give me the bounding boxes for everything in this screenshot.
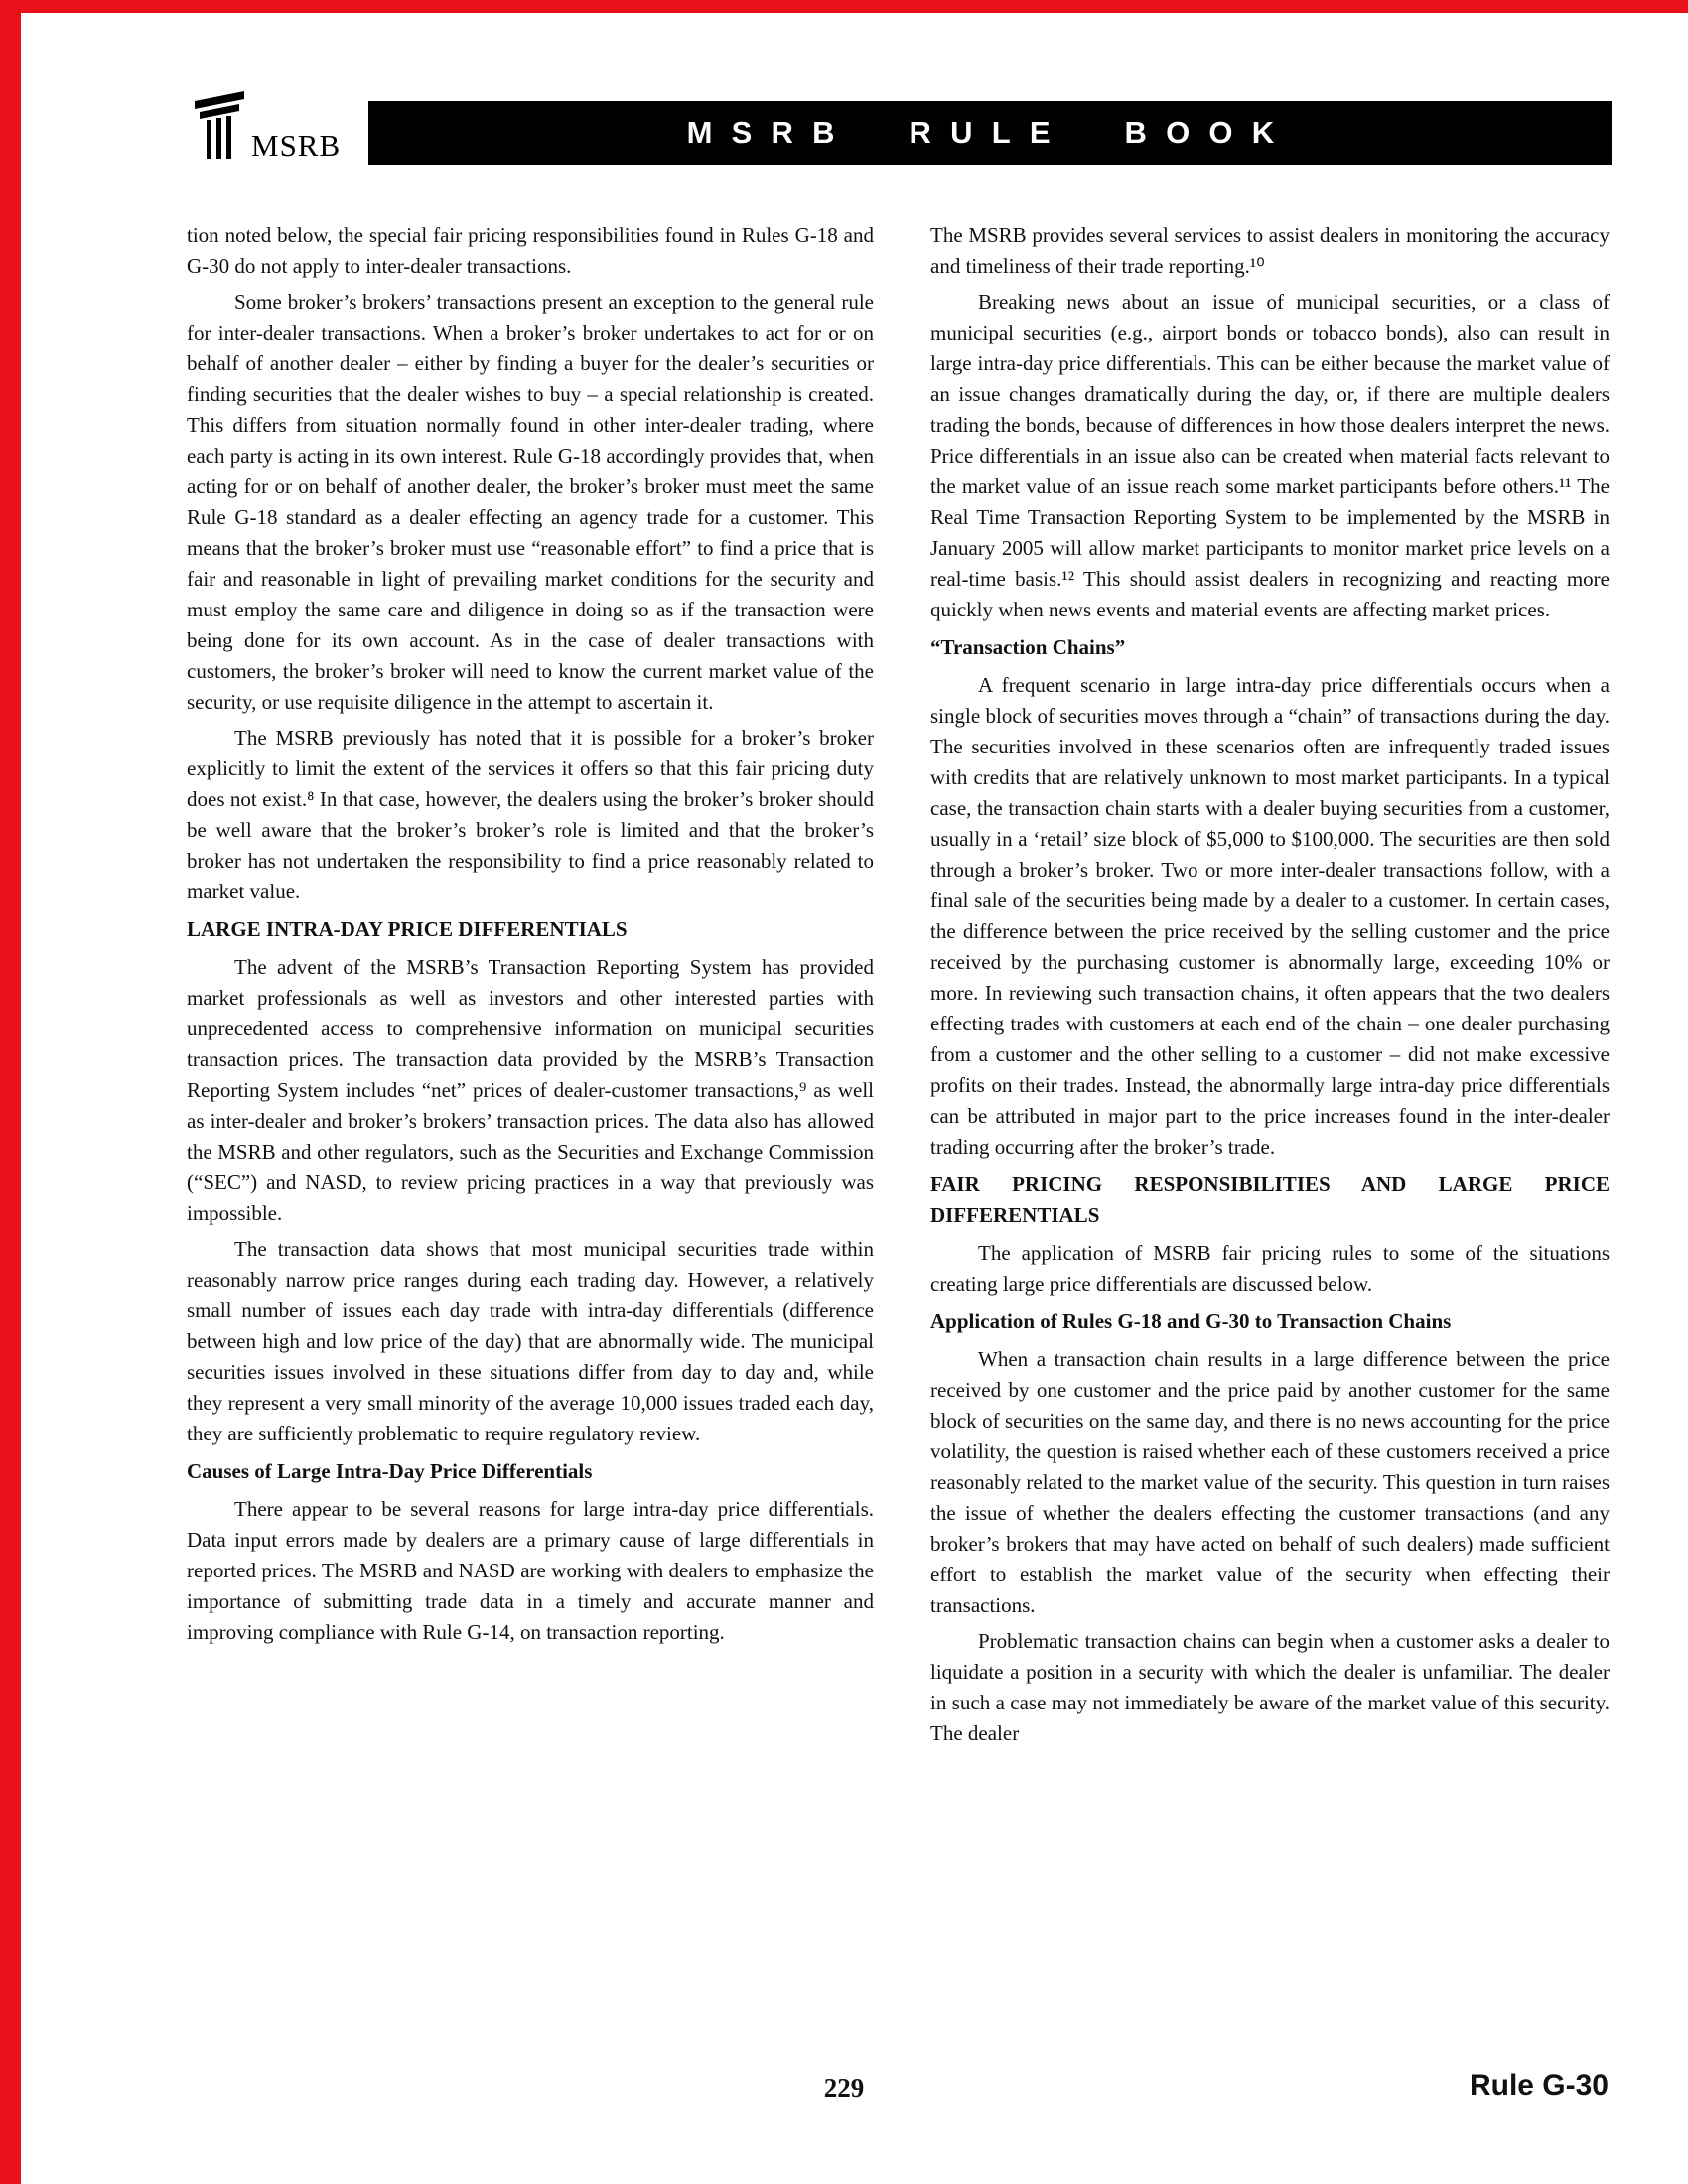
section-heading: FAIR PRICING RESPONSIBILITIES AND LARGE … <box>930 1169 1610 1231</box>
section-heading: Application of Rules G-18 and G-30 to Tr… <box>930 1306 1610 1337</box>
left-column: tion noted below, the special fair prici… <box>187 220 874 1653</box>
left-red-border <box>0 0 21 2184</box>
rulebook-page: MSRB MSRB RULE BOOK tion noted below, th… <box>0 0 1688 2184</box>
rule-label: Rule G-30 <box>1470 2069 1609 2103</box>
body-paragraph: There appear to be several reasons for l… <box>187 1494 874 1648</box>
body-paragraph: The application of MSRB fair pricing rul… <box>930 1238 1610 1299</box>
body-paragraph: Problematic transaction chains can begin… <box>930 1626 1610 1749</box>
body-paragraph: When a transaction chain results in a la… <box>930 1344 1610 1621</box>
body-paragraph: The advent of the MSRB’s Transaction Rep… <box>187 952 874 1229</box>
msrb-logo: MSRB <box>195 89 341 161</box>
body-paragraph: The MSRB provides several services to as… <box>930 220 1610 282</box>
column-icon <box>195 89 246 161</box>
body-paragraph: Breaking news about an issue of municipa… <box>930 287 1610 625</box>
section-heading: Causes of Large Intra-Day Price Differen… <box>187 1456 874 1487</box>
page-number: 229 <box>0 2073 1688 2104</box>
right-column: The MSRB provides several services to as… <box>930 220 1610 1754</box>
body-paragraph: tion noted below, the special fair prici… <box>187 220 874 282</box>
top-red-border <box>0 0 1688 13</box>
body-paragraph: The MSRB previously has noted that it is… <box>187 723 874 907</box>
logo-text: MSRB <box>251 130 341 161</box>
body-paragraph: Some broker’s brokers’ transactions pres… <box>187 287 874 718</box>
banner-title: MSRB RULE BOOK <box>687 115 1294 151</box>
body-paragraph: The transaction data shows that most mun… <box>187 1234 874 1449</box>
section-heading: LARGE INTRA-DAY PRICE DIFFERENTIALS <box>187 914 874 945</box>
body-paragraph: A frequent scenario in large intra-day p… <box>930 670 1610 1162</box>
section-heading: “Transaction Chains” <box>930 632 1610 663</box>
rule-book-banner: MSRB RULE BOOK <box>368 101 1612 165</box>
